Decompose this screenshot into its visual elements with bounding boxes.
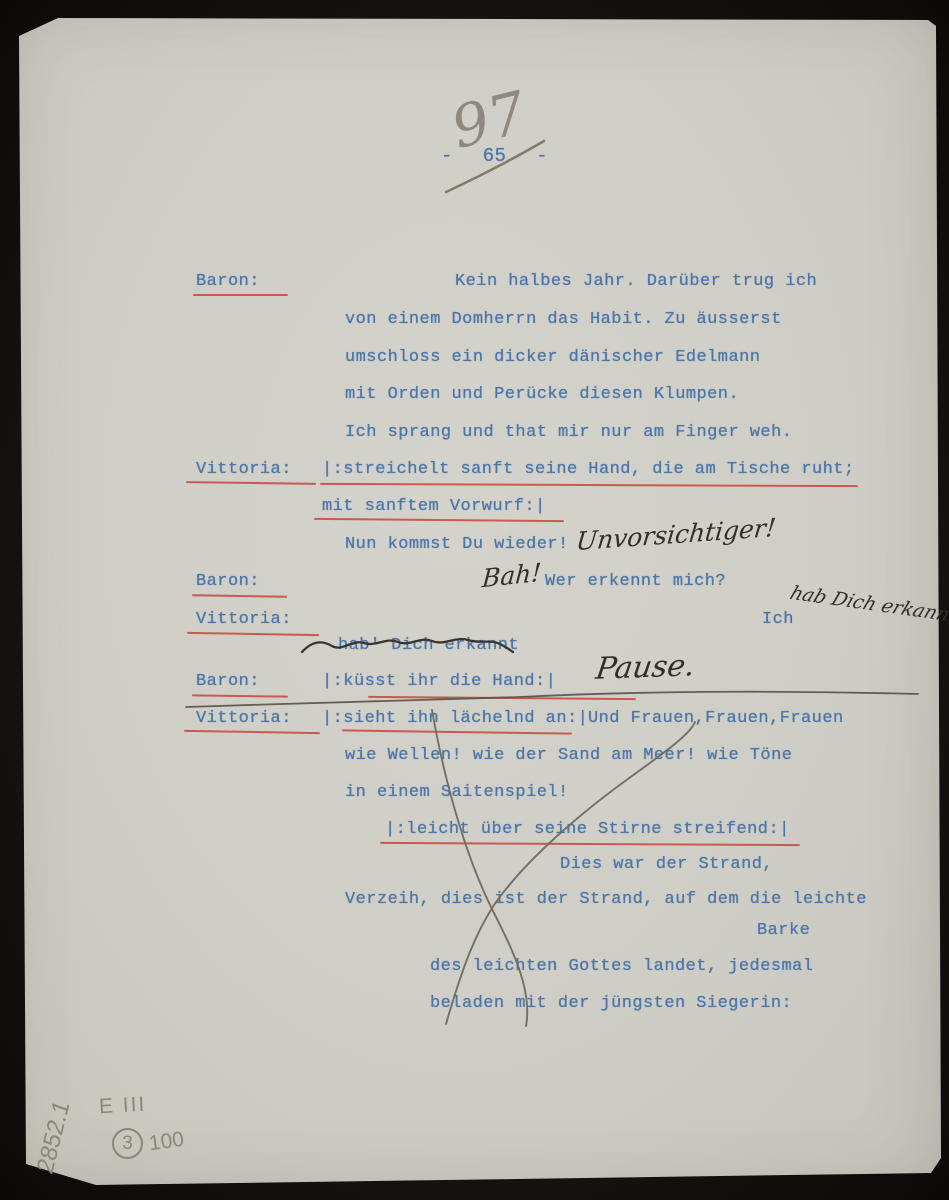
dialogue-line: umschloss ein dicker dänischer Edelmann: [345, 348, 760, 368]
stage-direction: mit sanftem Vorwurf:|: [322, 497, 546, 517]
speaker-label-vittoria: Vittoria:: [196, 709, 292, 729]
circled-number-value: 3: [122, 1133, 133, 1155]
dialogue-line: Nun kommst Du wieder!: [345, 535, 569, 555]
speaker-label-vittoria: Vittoria:: [196, 610, 292, 630]
dialogue-line: des leichten Gottes landet, jedesmal: [430, 957, 813, 977]
circled-sheet-number: 3: [112, 1128, 143, 1159]
dialogue-line: Und Frauen,Frauen,Frauen: [588, 709, 844, 729]
speaker-label-baron: Baron:: [196, 672, 260, 692]
handwritten-annotation-pause: Pause.: [594, 648, 698, 687]
stage-direction: |:streichelt sanft seine Hand, die am Ti…: [322, 460, 855, 480]
dialogue-line: Ich sprang und that mir nur am Finger we…: [345, 423, 792, 443]
speaker-label-vittoria: Vittoria:: [196, 460, 292, 480]
sheet-number: 100: [148, 1128, 186, 1157]
dialogue-line: Wer erkennt mich?: [545, 572, 726, 592]
folder-code: E III: [98, 1093, 147, 1119]
dialogue-line: von einem Domherrn das Habit. Zu äussers…: [345, 310, 782, 330]
red-underline: [193, 294, 288, 296]
stage-direction: |:küsst ihr die Hand:|: [322, 672, 556, 692]
dialogue-line: Barke: [757, 921, 810, 941]
speaker-label-baron: Baron:: [196, 572, 260, 592]
crossed-out-line: hab' Dich erkannt: [338, 636, 519, 656]
stage-direction: |:leicht über seine Stirne streifend:|: [385, 820, 790, 840]
dialogue-line: mit Orden und Perücke diesen Klumpen.: [345, 385, 739, 405]
dialogue-line: in einem Saitenspiel!: [345, 783, 569, 803]
dialogue-line: Verzeih, dies ist der Strand, auf dem di…: [345, 890, 867, 910]
dialogue-line: Ich: [762, 610, 794, 630]
scanned-typescript-page: 97 - 65 - Baron: Kein halbes Jahr. Darüb…: [0, 0, 949, 1200]
dialogue-line: Kein halbes Jahr. Darüber trug ich: [455, 272, 817, 292]
dialogue-line: wie Wellen! wie der Sand am Meer! wie Tö…: [345, 746, 792, 766]
dialogue-line: Dies war der Strand,: [560, 855, 773, 875]
speaker-label-baron: Baron:: [196, 272, 260, 292]
typed-page-number: - 65 -: [441, 146, 548, 166]
dialogue-line: beladen mit der jüngsten Siegerin:: [430, 994, 792, 1014]
stage-direction: |:sieht ihn lächelnd an:|: [322, 709, 588, 729]
